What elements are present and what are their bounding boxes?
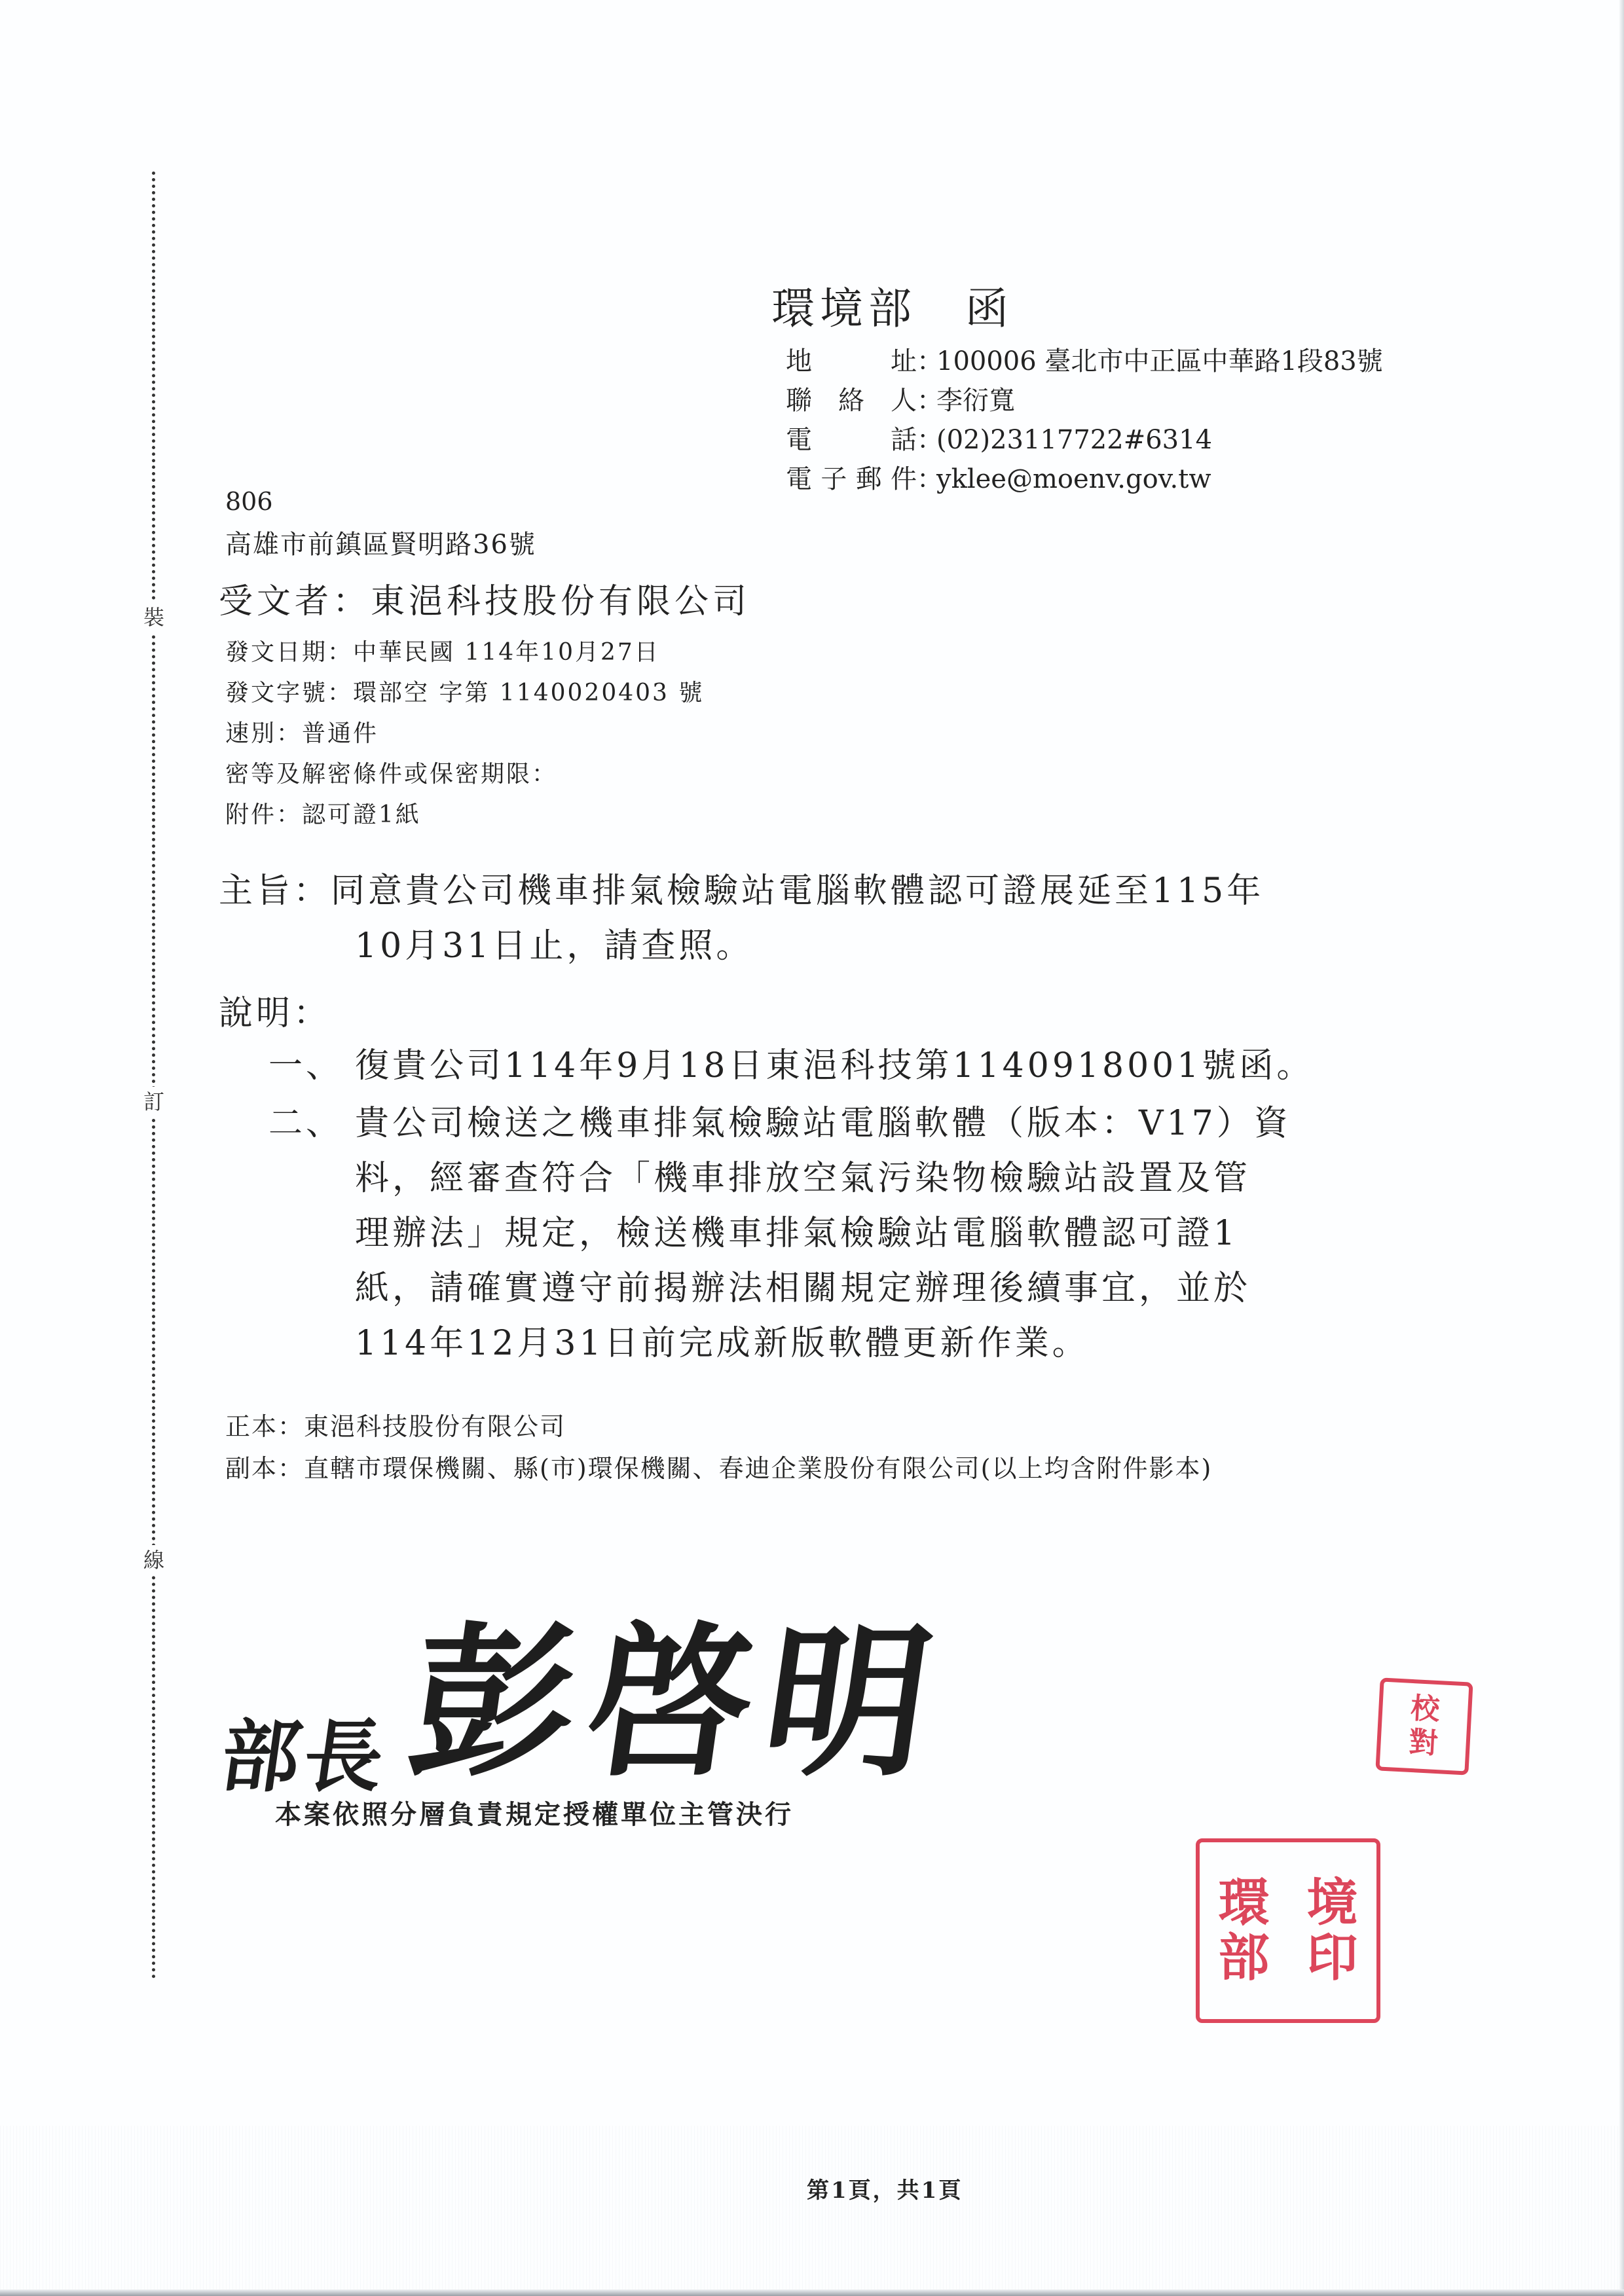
explanation-label: 說明： bbox=[219, 985, 331, 1034]
subject: 主旨：同意貴公司機車排氣檢驗站電腦軟體認可證展延至115年 bbox=[219, 864, 1264, 918]
contact-value: 李衍寬 bbox=[936, 386, 1015, 416]
subject-line: 同意貴公司機車排氣檢驗站電腦軟體認可證展延至115年 bbox=[331, 871, 1264, 911]
binding-label-ding: 訂 bbox=[139, 1087, 169, 1117]
explanation-item-line: 114年12月31日前完成新版軟體更新作業。 bbox=[355, 1315, 1090, 1364]
meta-attachment: 附件：認可證1紙 bbox=[225, 796, 421, 829]
scan-texture bbox=[0, 2126, 1624, 2289]
contact-value: 100006 臺北市中正區中華路1段83號 bbox=[936, 346, 1383, 376]
scan-edge bbox=[1619, 0, 1624, 2296]
explanation-item-line: 復貴公司114年9月18日東浥科技第1140918001號函。 bbox=[355, 1038, 1314, 1087]
explanation-item-line: 料，經審查符合「機車排放空氣污染物檢驗站設置及管 bbox=[355, 1150, 1251, 1199]
meta-doc-number: 發文字號：環部空 字第 1140020403 號 bbox=[225, 674, 704, 708]
recipient-zip: 806 bbox=[225, 487, 273, 516]
explanation-item-line: 紙，請確實遵守前揭辦法相關規定辦理後續事宜，並於 bbox=[355, 1260, 1251, 1309]
contact-label: 地 址 bbox=[786, 340, 917, 378]
explanation-item-number: 二、 bbox=[268, 1095, 343, 1144]
contact-value: yklee@moenv.gov.tw bbox=[936, 464, 1211, 494]
proofread-seal-icon: 校 對 bbox=[1375, 1677, 1473, 1775]
meta-classification: 密等及解密條件或保密期限： bbox=[225, 756, 557, 789]
meta-issue-date: 發文日期：中華民國 114年10月27日 bbox=[225, 634, 660, 667]
contact-phone: 電 話：(02)23117722#6314 bbox=[786, 419, 1212, 456]
contact-label: 聯絡人 bbox=[786, 380, 917, 417]
minister-signature: 部長彭啓明 bbox=[223, 1571, 944, 1807]
explanation-item-number: 一、 bbox=[268, 1038, 343, 1087]
subject-line: 10月31日止，請查照。 bbox=[355, 918, 753, 967]
contact-email: 電子郵件：yklee@moenv.gov.tw bbox=[786, 458, 1211, 496]
explanation-item-line: 理辦法」規定，檢送機車排氣檢驗站電腦軟體認可證1 bbox=[355, 1205, 1238, 1254]
binding-label-xian: 線 bbox=[139, 1545, 169, 1575]
subject-label: 主旨： bbox=[219, 871, 331, 911]
contact-label: 電子郵件 bbox=[786, 458, 917, 496]
signature-title: 部長 bbox=[215, 1694, 396, 1807]
distribution-original: 正本：東浥科技股份有限公司 bbox=[225, 1406, 566, 1442]
page-number: 第1頁，共1頁 bbox=[807, 2172, 963, 2204]
recipient-label: 受文者： bbox=[219, 582, 371, 621]
agency-seal-icon: 環 境 部 印 bbox=[1196, 1838, 1380, 2023]
delegation-note: 本案依照分層負責規定授權單位主管決行 bbox=[275, 1794, 794, 1831]
binding-label-zhuang: 裝 bbox=[139, 602, 169, 632]
agency-title: 環境部 函 bbox=[771, 274, 1014, 336]
contact-label: 電 話 bbox=[786, 419, 917, 456]
signature-name: 彭啓明 bbox=[397, 1571, 961, 1807]
recipient: 受文者：東浥科技股份有限公司 bbox=[219, 574, 750, 623]
contact-value: (02)23117722#6314 bbox=[936, 425, 1212, 455]
explanation-item-line: 貴公司檢送之機車排氣檢驗站電腦軟體（版本：V17）資 bbox=[355, 1095, 1291, 1144]
distribution-copy: 副本：直轄市環保機關、縣(市)環保機關、春迪企業股份有限公司(以上均含附件影本) bbox=[225, 1448, 1212, 1484]
contact-person: 聯絡人：李衍寬 bbox=[786, 380, 1015, 417]
recipient-name: 東浥科技股份有限公司 bbox=[371, 582, 750, 621]
contact-address: 地 址：100006 臺北市中正區中華路1段83號 bbox=[786, 340, 1383, 378]
meta-priority: 速別：普通件 bbox=[225, 715, 378, 748]
recipient-address: 高雄市前鎮區賢明路36號 bbox=[225, 524, 536, 561]
scan-edge bbox=[0, 2289, 1624, 2296]
binding-line bbox=[152, 172, 155, 1980]
